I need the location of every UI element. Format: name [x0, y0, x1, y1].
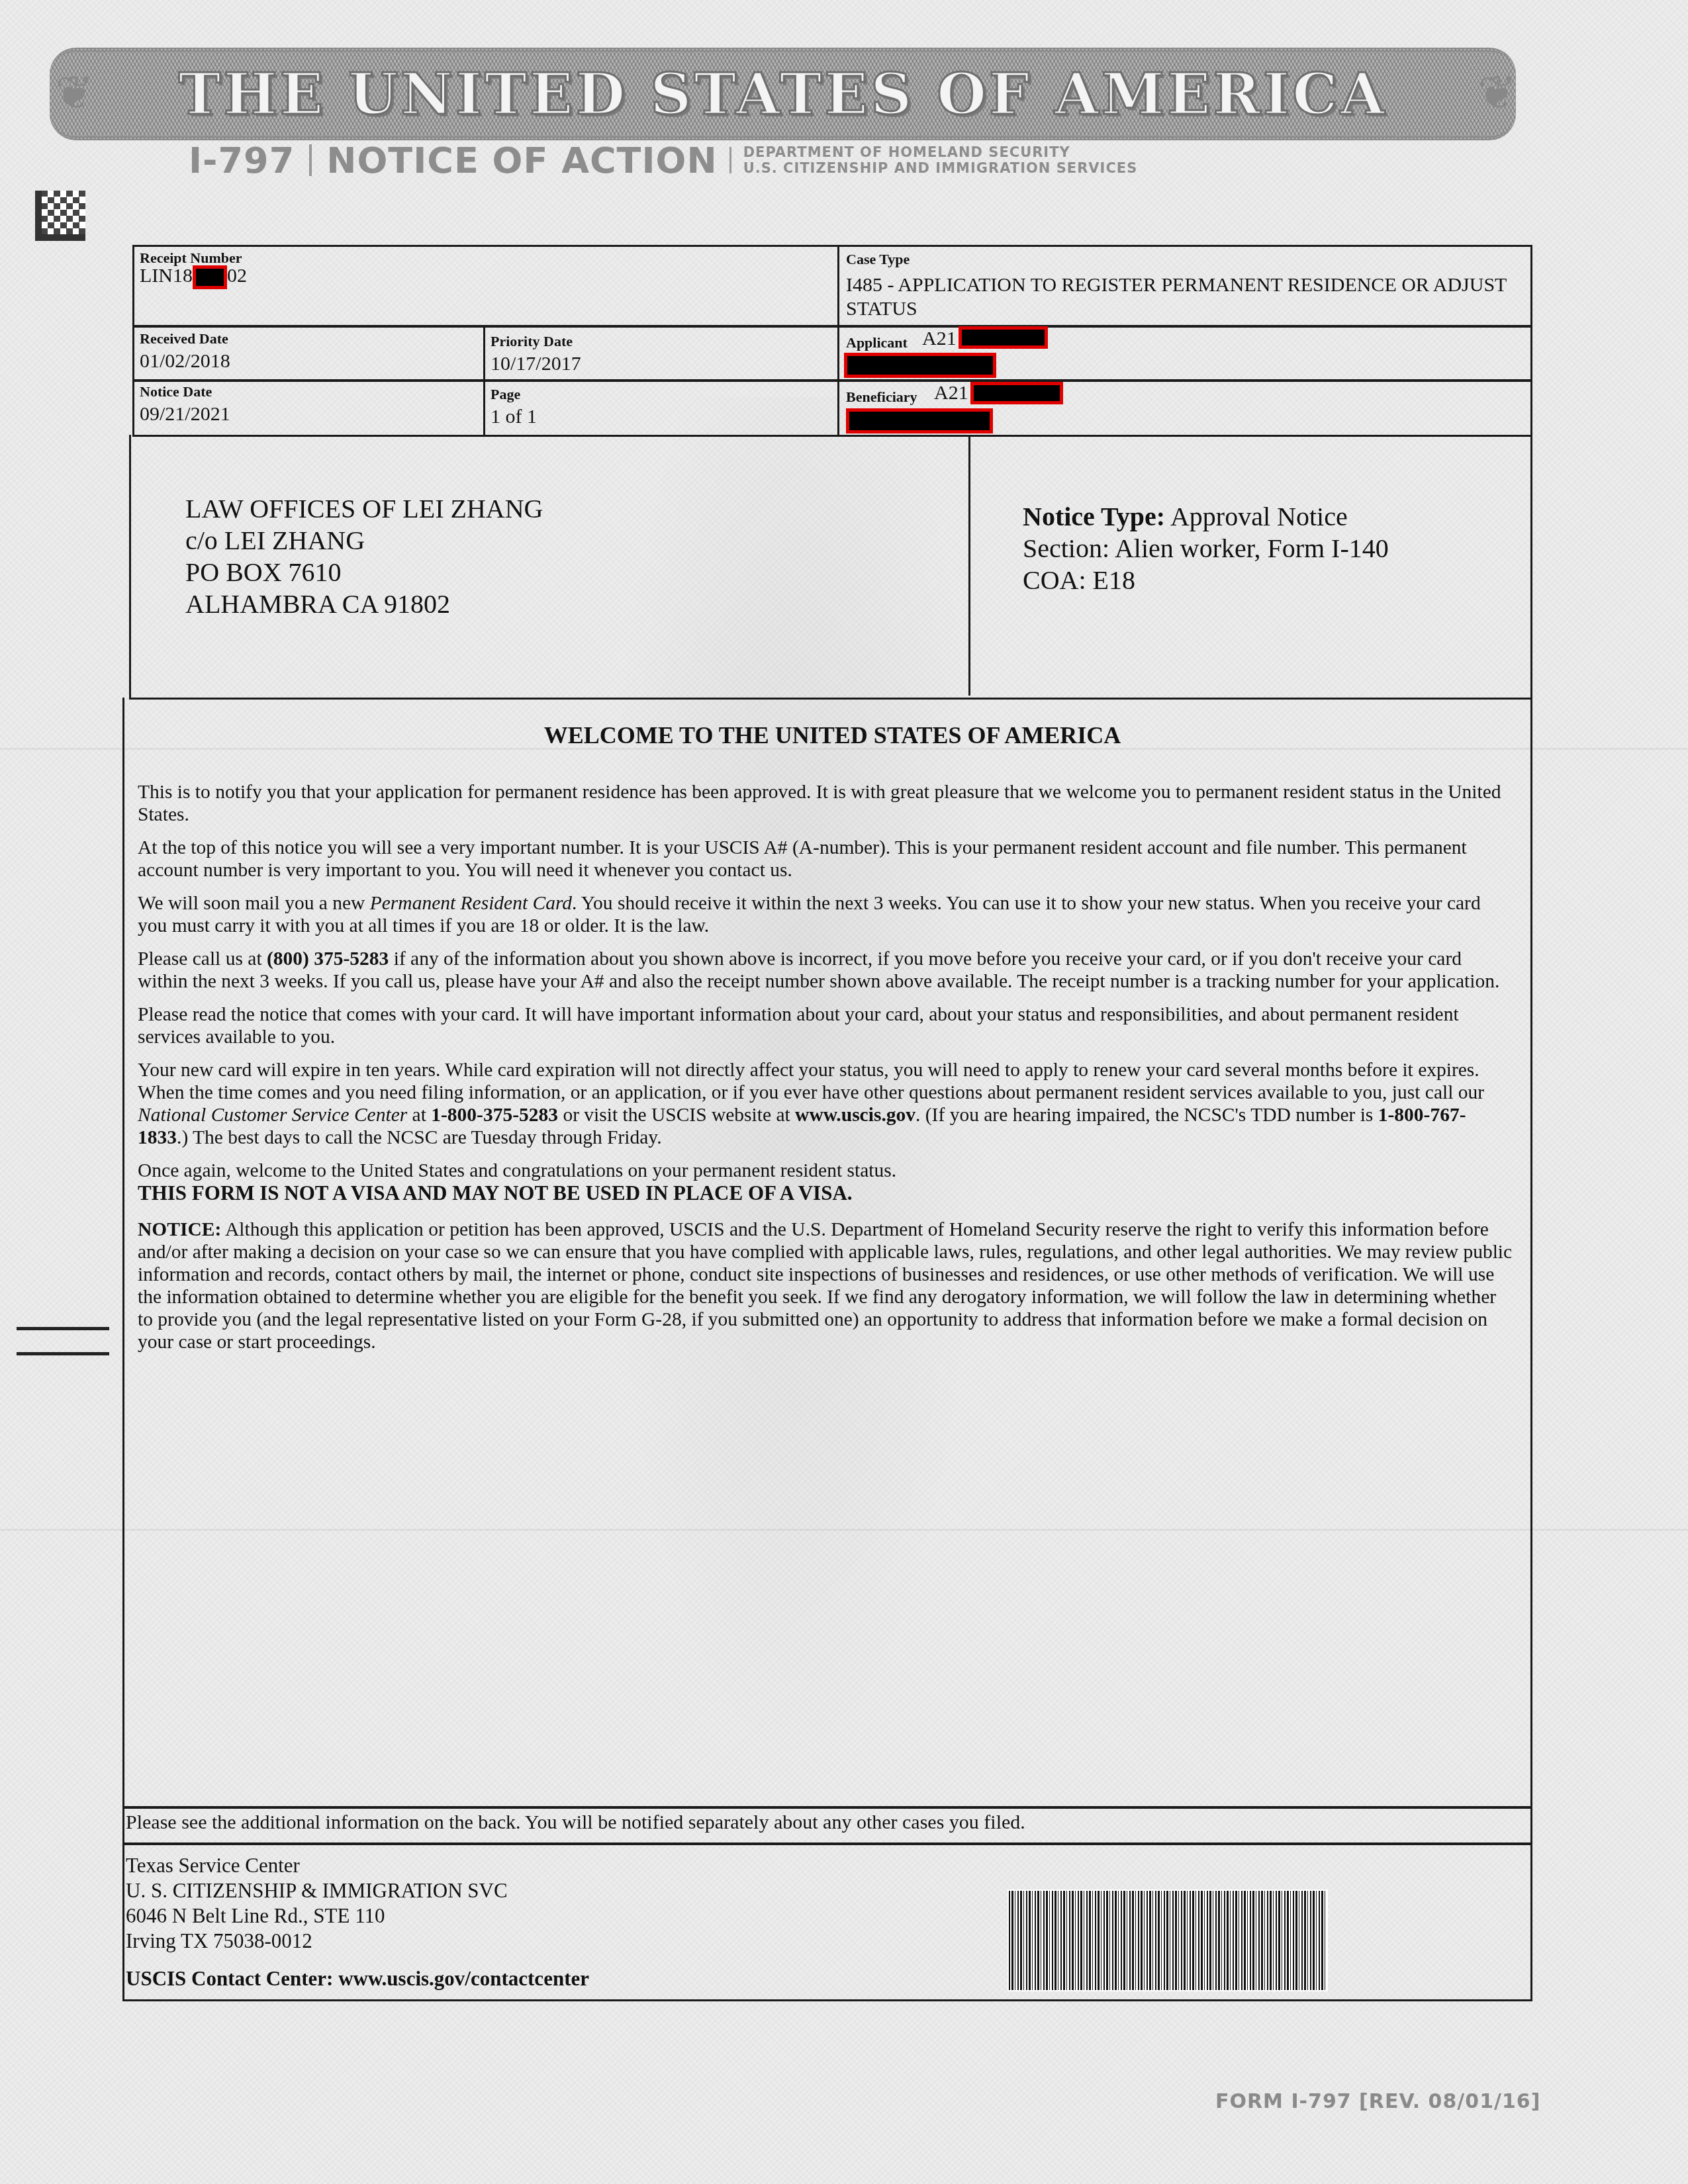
- banner-title: THE UNITED STATES OF AMERICA: [179, 61, 1387, 128]
- divider: [968, 435, 970, 696]
- received-date-value: 01/02/2018: [140, 350, 230, 373]
- header-banner: ❦ THE UNITED STATES OF AMERICA ❦: [50, 48, 1516, 140]
- mailing-address: LAW OFFICES OF LEI ZHANG c/o LEI ZHANG P…: [185, 493, 543, 620]
- case-info-table: Receipt Number LIN1802 Case Type I485 - …: [132, 245, 1532, 437]
- redacted-block: [193, 265, 227, 289]
- address-line-4: ALHAMBRA CA 91802: [185, 588, 543, 620]
- notice-date-value: 09/21/2021: [140, 403, 230, 426]
- text: at: [407, 1105, 431, 1126]
- received-date-label: Received Date: [140, 330, 228, 347]
- text: Please call us at: [138, 948, 267, 970]
- paragraph-a-number: At the top of this notice you will see a…: [138, 837, 1515, 882]
- notice-type-label: Notice Type:: [1023, 502, 1165, 531]
- paragraph-read-notice: Please read the notice that comes with y…: [138, 1003, 1515, 1048]
- divider: [483, 325, 485, 435]
- page-label: Page: [491, 386, 520, 403]
- text: We will soon mail you a new: [138, 893, 370, 914]
- address-line-2: c/o LEI ZHANG: [185, 525, 543, 557]
- priority-date-value: 10/17/2017: [491, 353, 581, 375]
- divider: [124, 1806, 1530, 1809]
- phone-number: 1-800-375-5283: [431, 1105, 558, 1126]
- text: . (If you are hearing impaired, the NCSC…: [915, 1105, 1378, 1126]
- department-line-1: DEPARTMENT OF HOMELAND SECURITY: [743, 144, 1070, 160]
- barcode-icon: [1008, 1889, 1328, 1991]
- case-type-label: Case Type: [846, 251, 910, 268]
- applicant-a-number: A21: [922, 328, 957, 350]
- phone-number: (800) 375-5283: [267, 948, 389, 970]
- address-line-3: PO BOX 7610: [185, 557, 543, 588]
- text: Once again, welcome to the United States…: [138, 1160, 896, 1181]
- not-a-visa-warning: THIS FORM IS NOT A VISA AND MAY NOT BE U…: [138, 1181, 853, 1205]
- notice-type-value: Approval Notice: [1170, 502, 1348, 531]
- redacted-block: [846, 408, 993, 433]
- notice-info: Notice Type: Approval Notice Section: Al…: [1023, 501, 1389, 596]
- divider: [837, 247, 839, 435]
- notice-date-label: Notice Date: [140, 383, 212, 400]
- text-emphasis: National Customer Service Center: [138, 1105, 407, 1126]
- ornament-right-icon: ❦: [1477, 58, 1511, 130]
- text: Although this application or petition ha…: [138, 1219, 1512, 1353]
- form-title-row: I-797 NOTICE OF ACTION DEPARTMENT OF HOM…: [189, 140, 1137, 180]
- text: .) The best days to call the NCSC are Tu…: [177, 1127, 662, 1148]
- paragraph-congrats: Once again, welcome to the United States…: [138, 1160, 1515, 1205]
- notice-type: Notice Type: Approval Notice: [1023, 501, 1389, 533]
- service-center-line-1: Texas Service Center: [126, 1853, 508, 1878]
- service-center-line-4: Irving TX 75038-0012: [126, 1929, 508, 1954]
- redacted-block: [959, 326, 1048, 349]
- paragraph-card-expire: Your new card will expire in ten years. …: [138, 1059, 1515, 1149]
- coa-value: COA: E18: [1023, 565, 1389, 596]
- form-revision: FORM I-797 [REV. 08/01/16]: [1215, 2090, 1540, 2113]
- beneficiary-a-number: A21: [934, 382, 968, 404]
- department-line-2: U.S. CITIZENSHIP AND IMMIGRATION SERVICE…: [743, 160, 1138, 176]
- paragraph-call-us: Please call us at (800) 375-5283 if any …: [138, 948, 1515, 993]
- service-center-line-2: U. S. CITIZENSHIP & IMMIGRATION SVC: [126, 1878, 508, 1903]
- form-number: I-797: [189, 140, 295, 181]
- beneficiary-label: Beneficiary: [846, 388, 917, 406]
- document-page: ❦ THE UNITED STATES OF AMERICA ❦ I-797 N…: [0, 0, 1688, 2184]
- section-value: Section: Alien worker, Form I-140: [1023, 533, 1389, 565]
- receipt-number-suffix: 02: [227, 265, 247, 287]
- divider: [124, 1843, 1530, 1845]
- contact-center: USCIS Contact Center: www.uscis.gov/cont…: [126, 1967, 589, 1991]
- text: or visit the USCIS website at: [558, 1105, 795, 1126]
- data-matrix-code-icon: [35, 191, 85, 241]
- service-center-address: Texas Service Center U. S. CITIZENSHIP &…: [126, 1853, 508, 1954]
- website-link: www.uscis.gov: [795, 1105, 915, 1126]
- divider: [309, 144, 312, 176]
- divider: [134, 379, 1530, 382]
- department-name: DEPARTMENT OF HOMELAND SECURITY U.S. CIT…: [743, 144, 1138, 176]
- margin-mark: [17, 1352, 109, 1355]
- notice-body: This is to notify you that your applicat…: [138, 781, 1515, 1364]
- additional-info-note: Please see the additional information on…: [126, 1811, 1025, 1834]
- paragraph-notice: NOTICE: Although this application or pet…: [138, 1218, 1515, 1353]
- service-center-line-3: 6046 N Belt Line Rd., STE 110: [126, 1903, 508, 1929]
- margin-mark: [17, 1327, 109, 1330]
- priority-date-label: Priority Date: [491, 333, 573, 350]
- notice-label: NOTICE:: [138, 1219, 221, 1240]
- paragraph-card-mail: We will soon mail you a new Permanent Re…: [138, 892, 1515, 937]
- form-title: NOTICE OF ACTION: [326, 140, 717, 181]
- redacted-block: [970, 382, 1063, 404]
- receipt-number-prefix: LIN18: [140, 265, 193, 287]
- text: Your new card will expire in ten years. …: [138, 1060, 1484, 1103]
- page-value: 1 of 1: [491, 406, 537, 428]
- welcome-heading: WELCOME TO THE UNITED STATES OF AMERICA: [132, 721, 1532, 749]
- text-emphasis: Permanent Resident Card: [370, 893, 572, 914]
- divider: [134, 325, 1530, 328]
- ornament-left-icon: ❦: [55, 58, 88, 130]
- address-line-1: LAW OFFICES OF LEI ZHANG: [185, 493, 543, 525]
- case-type-value: I485 - APPLICATION TO REGISTER PERMANENT…: [846, 273, 1521, 321]
- paragraph-approval: This is to notify you that your applicat…: [138, 781, 1515, 826]
- applicant-label: Applicant: [846, 334, 908, 351]
- receipt-number-value: LIN1802: [140, 265, 247, 289]
- redacted-block: [844, 353, 996, 378]
- divider: [729, 147, 731, 173]
